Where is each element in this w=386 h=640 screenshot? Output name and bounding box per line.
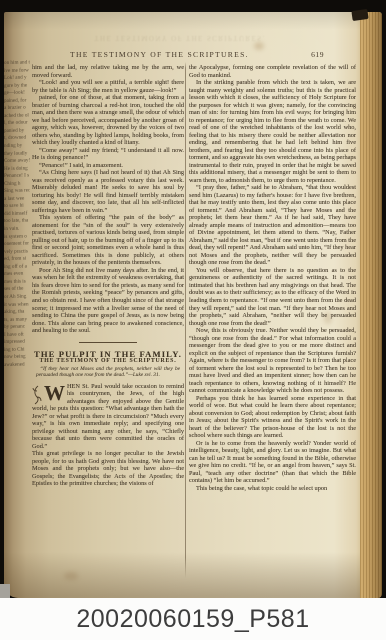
gutter-clipped-text: on him and tive me forwLok! and ygure by… bbox=[4, 59, 30, 580]
section-epigraph: “If they hear not Moses and the prophets… bbox=[36, 366, 180, 379]
section-divider-rule bbox=[79, 342, 137, 343]
gutter-line: Lok! and y bbox=[4, 75, 30, 83]
left-column: him and the lad, my relative taking me b… bbox=[32, 64, 184, 586]
paragraph: Or is he to come from the heavenly world… bbox=[189, 440, 356, 485]
gutter-line: Penance! I s bbox=[4, 173, 30, 181]
paragraph: You will observe, that here there is no … bbox=[189, 267, 356, 327]
paragraph: him and the lad, my relative taking me b… bbox=[32, 64, 184, 79]
paragraph: Now, this is obviously true. Neither wou… bbox=[189, 327, 356, 395]
foxing-stain bbox=[254, 42, 264, 50]
gutter-line: onement for bbox=[4, 241, 30, 249]
show-through-text: THE TESTIMONY OF THE SCRIPTURES. bbox=[30, 34, 330, 42]
paragraph: Perhaps you think he has learned some ex… bbox=[189, 395, 356, 440]
section-heading: THE PULPIT IN THE FAMILY. bbox=[32, 351, 184, 359]
book-fore-edge bbox=[360, 12, 382, 598]
paragraph: pained, for one of those, at that moment… bbox=[32, 94, 184, 147]
paragraph: “As Ching here says (I had not heard of … bbox=[32, 169, 184, 214]
paragraph: This system of offering “the pain of the… bbox=[32, 214, 184, 267]
running-title: THE TESTIMONY OF THE SCRIPTURES. bbox=[70, 50, 249, 59]
paragraph: “I pray thee, father,” said he to Abraha… bbox=[189, 184, 356, 267]
column-divider bbox=[185, 62, 186, 578]
gutter-line: Come away! bbox=[4, 158, 30, 166]
right-column: the Apocalypse, forming one complete rev… bbox=[189, 64, 356, 586]
paragraph: “Look! and you will see a pitiful, a ter… bbox=[32, 79, 184, 94]
section-subheading: THE TESTIMONY OF THE SCRIPTURES. bbox=[32, 358, 184, 366]
paragraph: the Apocalypse, forming one complete rev… bbox=[189, 64, 356, 79]
gutter-line: awakened bbox=[4, 361, 30, 369]
archival-label-code: 20020060159_P581 bbox=[76, 605, 309, 634]
paragraph: This being the case, what topic could he… bbox=[189, 485, 356, 493]
section-first-paragraph: W HEN St. Paul would take occasion to re… bbox=[32, 383, 184, 451]
section-body: This great privilege is no longer peculi… bbox=[32, 450, 184, 488]
paragraph: “Come away!” said my friend; “I understa… bbox=[32, 147, 184, 162]
page-header: THE TESTIMONY OF THE SCRIPTURES. 619 bbox=[32, 50, 332, 62]
left-column-body: him and the lad, my relative taking me b… bbox=[32, 64, 184, 335]
paragraph: This great privilege is no longer peculi… bbox=[32, 450, 184, 488]
floral-sprig-icon bbox=[32, 385, 43, 405]
gutter-line: on him and t bbox=[4, 59, 30, 67]
gutter-line: Sing was rec bbox=[4, 188, 30, 196]
gutter-line: or Ah Sing bbox=[4, 293, 30, 301]
page-number: 619 bbox=[311, 50, 324, 59]
paragraph: In the striking parable from which the t… bbox=[189, 79, 356, 184]
paragraph: Poor Ah Sing did not live many days afte… bbox=[32, 267, 184, 335]
archival-label: 20020060159_P581 bbox=[0, 598, 386, 640]
